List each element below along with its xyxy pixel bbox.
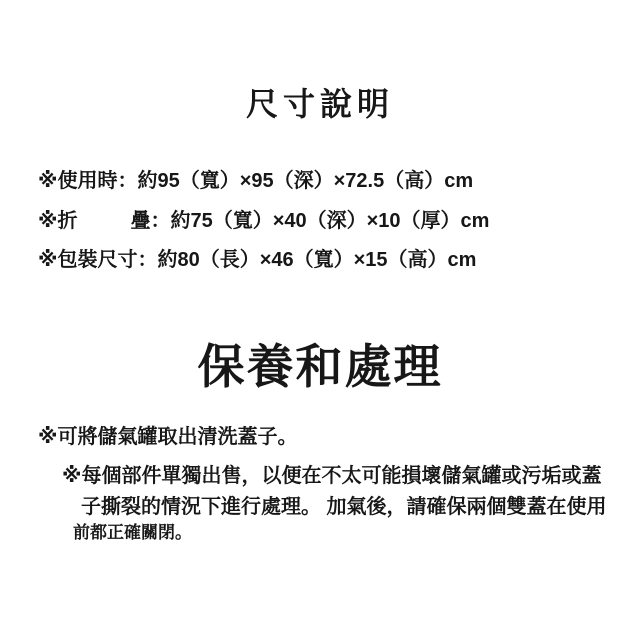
care-note-parts-line-2: 子撕裂的情況下進行處理。 加氣後，請確保兩個雙蓋在使用: [81, 496, 607, 519]
size-line-package: ※包裝尺寸：約80（長）×46（寬）×15（高）cm: [38, 249, 476, 272]
care-section-title: 保養和處理: [0, 340, 640, 394]
care-note-cleaning: ※可將儲氣罐取出清洗蓋子。: [38, 426, 297, 449]
size-section-title: 尺寸說明: [0, 86, 640, 123]
care-note-parts-line-3: 前都正確關閉。: [73, 523, 192, 543]
size-line-usage: ※使用時：約95（寬）×95（深）×72.5（高）cm: [38, 170, 473, 193]
product-description-page: 尺寸說明 ※使用時：約95（寬）×95（深）×72.5（高）cm ※折疊：約75…: [0, 0, 640, 640]
care-note-parts-line-1: ※每個部件單獨出售，以便在不太可能損壞儲氣罐或污垢或蓋: [62, 465, 601, 488]
size-line-folded: ※折疊：約75（寬）×40（深）×10（厚）cm: [38, 210, 489, 233]
size-line-folded-prefix: ※折: [38, 210, 77, 232]
size-line-folded-suffix: 疊：約75（寬）×40（深）×10（厚）cm: [130, 210, 489, 232]
